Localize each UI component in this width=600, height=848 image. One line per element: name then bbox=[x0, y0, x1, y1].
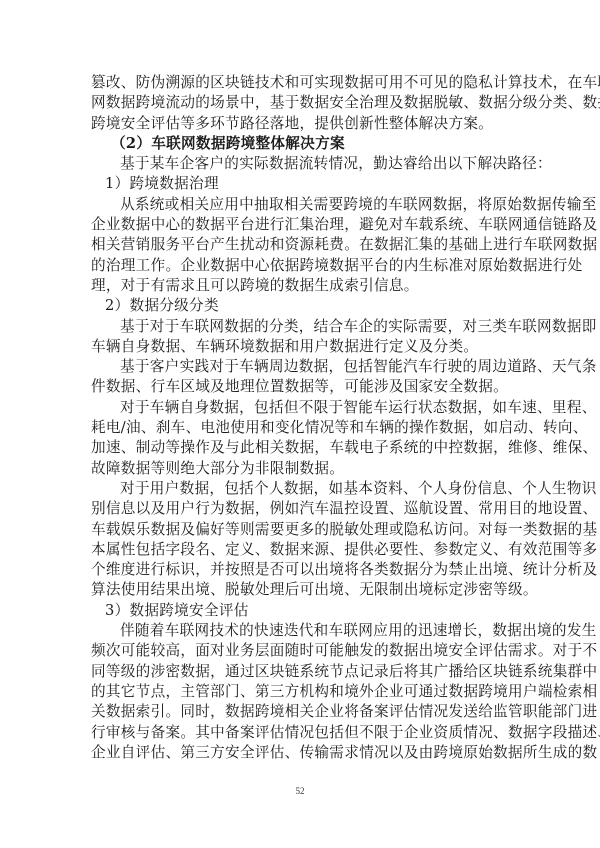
paragraph-line: 件数据、行车区域及地理位置数据等，可能涉及国家安全数据。 bbox=[91, 377, 509, 397]
paragraph-line: 企业数据中心的数据平台进行汇集治理，避免对车载系统、车联网通信链路及 bbox=[91, 215, 509, 235]
subsection-heading: 1）跨境数据治理 bbox=[91, 174, 509, 194]
paragraph-line: 基于某车企客户的实际数据流转情况，勤达睿给出以下解决路径： bbox=[91, 154, 509, 174]
paragraph-line: 故障数据等则绝大部分为非限制数据。 bbox=[91, 459, 509, 479]
paragraph-line: 别信息以及用户行为数据，例如汽车温控设置、巡航设置、常用目的地设置、 bbox=[91, 499, 509, 519]
paragraph-line: 本属性包括字段名、定义、数据来源、提供必要性、参数定义、有效范围等多 bbox=[91, 540, 509, 560]
paragraph-line: 伴随着车联网技术的快速迭代和车联网应用的迅速增长，数据出境的发生 bbox=[91, 621, 509, 641]
document-body: 篡改、防伪溯源的区块链技术和可实现数据可用不可见的隐私计算技术，在车联 网数据跨… bbox=[91, 73, 509, 763]
paragraph-line: 理，对于有需求且可以跨境的数据生成索引信息。 bbox=[91, 276, 509, 296]
subsection-heading: 3）数据跨境安全评估 bbox=[91, 601, 509, 621]
section-heading: （2）车联网数据跨境整体解决方案 bbox=[91, 134, 509, 154]
paragraph-line: 加速、制动等操作及与此相关数据，车载电子系统的中控数据，维修、维保、 bbox=[91, 438, 509, 458]
paragraph-line: 车辆自身数据、车辆环境数据和用户数据进行定义及分类。 bbox=[91, 337, 509, 357]
paragraph-line: 企业自评估、第三方安全评估、传输需求情况以及由跨境原始数据所生成的数 bbox=[91, 743, 509, 763]
paragraph-line: 基于客户实践对于车辆周边数据，包括智能汽车行驶的周边道路、天气条 bbox=[91, 357, 509, 377]
paragraph-line: 从系统或相关应用中抽取相关需要跨境的车联网数据，将原始数据传输至 bbox=[91, 195, 509, 215]
paragraph-line: 行审核与备案。其中备案评估情况包括但不限于企业资质情况、数据字段描述、 bbox=[91, 723, 509, 743]
paragraph-line: 篡改、防伪溯源的区块链技术和可实现数据可用不可见的隐私计算技术，在车联 bbox=[91, 73, 509, 93]
paragraph-line: 同等级的涉密数据，通过区块链系统节点记录后将其广播给区块链系统集群中 bbox=[91, 662, 509, 682]
subsection-heading: 2）数据分级分类 bbox=[91, 296, 509, 316]
paragraph-line: 频次可能较高，面对业务层面随时可能触发的数据出境安全评估需求。对于不 bbox=[91, 641, 509, 661]
paragraph-line: 对于车辆自身数据，包括但不限于智能车运行状态数据，如车速、里程、 bbox=[91, 398, 509, 418]
paragraph-line: 网数据跨境流动的场景中，基于数据安全治理及数据脱敏、数据分级分类、数据 bbox=[91, 93, 509, 113]
paragraph-line: 耗电/油、刹车、电池使用和变化情况等和车辆的操作数据，如启动、转向、 bbox=[91, 418, 509, 438]
paragraph-line: 个维度进行标识，并按照是否可以出境将各类数据分为禁止出境、统计分析及 bbox=[91, 560, 509, 580]
paragraph-line: 的其它节点，主管部门、第三方机构和境外企业可通过数据跨境用户端检索相 bbox=[91, 682, 509, 702]
paragraph-line: 相关营销服务平台产生扰动和资源耗费。在数据汇集的基础上进行车联网数据 bbox=[91, 235, 509, 255]
paragraph-line: 跨境安全评估等多环节路径落地，提供创新性整体解决方案。 bbox=[91, 114, 509, 134]
paragraph-line: 对于用户数据，包括个人数据，如基本资料、个人身份信息、个人生物识 bbox=[91, 479, 509, 499]
paragraph-line: 算法使用结果出境、脱敏处理后可出境、无限制出境标定涉密等级。 bbox=[91, 580, 509, 600]
paragraph-line: 的治理工作。企业数据中心依据跨境数据平台的内生标准对原始数据进行处 bbox=[91, 256, 509, 276]
paragraph-line: 基于对于车联网数据的分类，结合车企的实际需要，对三类车联网数据即 bbox=[91, 317, 509, 337]
paragraph-line: 关数据索引。同时，数据跨境相关企业将备案评估情况发送给监管职能部门进 bbox=[91, 702, 509, 722]
page-number: 52 bbox=[0, 786, 600, 796]
paragraph-line: 车载娱乐数据及偏好等则需要更多的脱敏处理或隐私访问。对每一类数据的基 bbox=[91, 520, 509, 540]
